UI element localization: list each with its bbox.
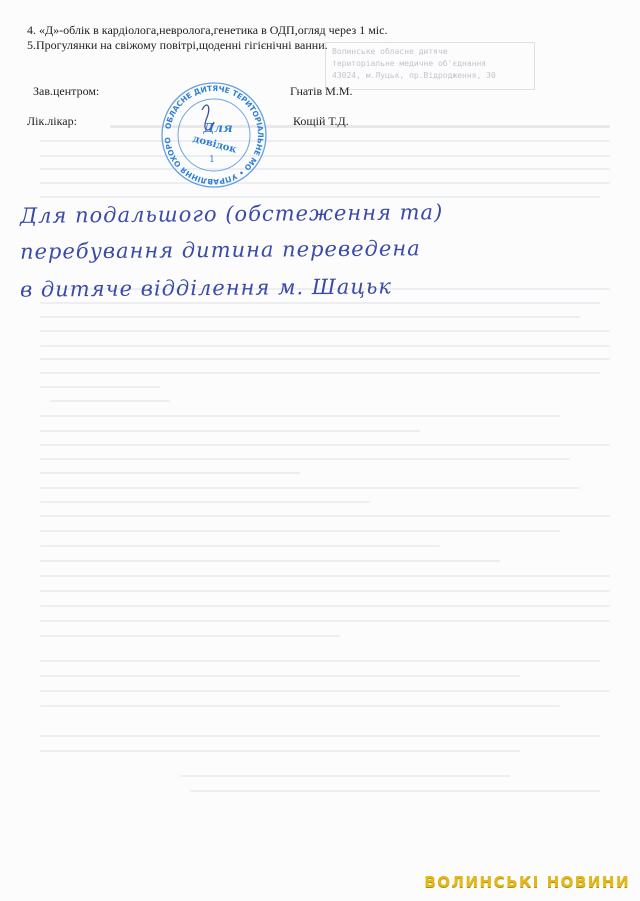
official-stamp: ОБЛАСНЕ ДИТЯЧЕ ТЕРИТОРІАЛЬНЕ МО • УПРАВЛ…: [152, 80, 276, 190]
svg-text:Для: Для: [202, 121, 232, 135]
head-of-center-label: Зав.центром:: [33, 84, 99, 99]
item-4: 4. «Д»-облік в кардіолога,невролога,гене…: [27, 23, 387, 38]
bg-stamp-line: Волинське обласне дитяче: [332, 46, 528, 58]
attending-doctor-name: Кощій Т.Д.: [293, 114, 349, 129]
item-5: 5.Прогулянки на свіжому повітрі,щоденні …: [27, 38, 328, 53]
stamp-icon: ОБЛАСНЕ ДИТЯЧЕ ТЕРИТОРІАЛЬНЕ МО • УПРАВЛ…: [152, 80, 276, 190]
handwriting-line-1: Для подальшого (обстеження та): [20, 200, 443, 228]
svg-text:довідок: довідок: [192, 133, 239, 155]
news-site-watermark-logo: ВОЛИНСЬКІ НОВИНИ: [424, 873, 630, 891]
svg-text:1: 1: [209, 155, 215, 165]
head-of-center-name: Гнатів М.М.: [290, 84, 353, 99]
attending-doctor-label: Лік.лікар:: [27, 114, 77, 129]
document-page: Волинське обласне дитяче територіальне м…: [0, 0, 640, 901]
background-institution-stamp: Волинське обласне дитяче територіальне м…: [325, 42, 535, 90]
bg-stamp-line: 43024, м.Луцьк, пр.Відродження, 30: [332, 70, 528, 82]
handwriting-line-2: перебування дитина переведена: [20, 236, 421, 263]
bg-stamp-line: територіальне медичне об'єднання: [332, 58, 528, 70]
handwriting-line-3: в дитяче відділення м. Шацьк: [20, 274, 392, 301]
